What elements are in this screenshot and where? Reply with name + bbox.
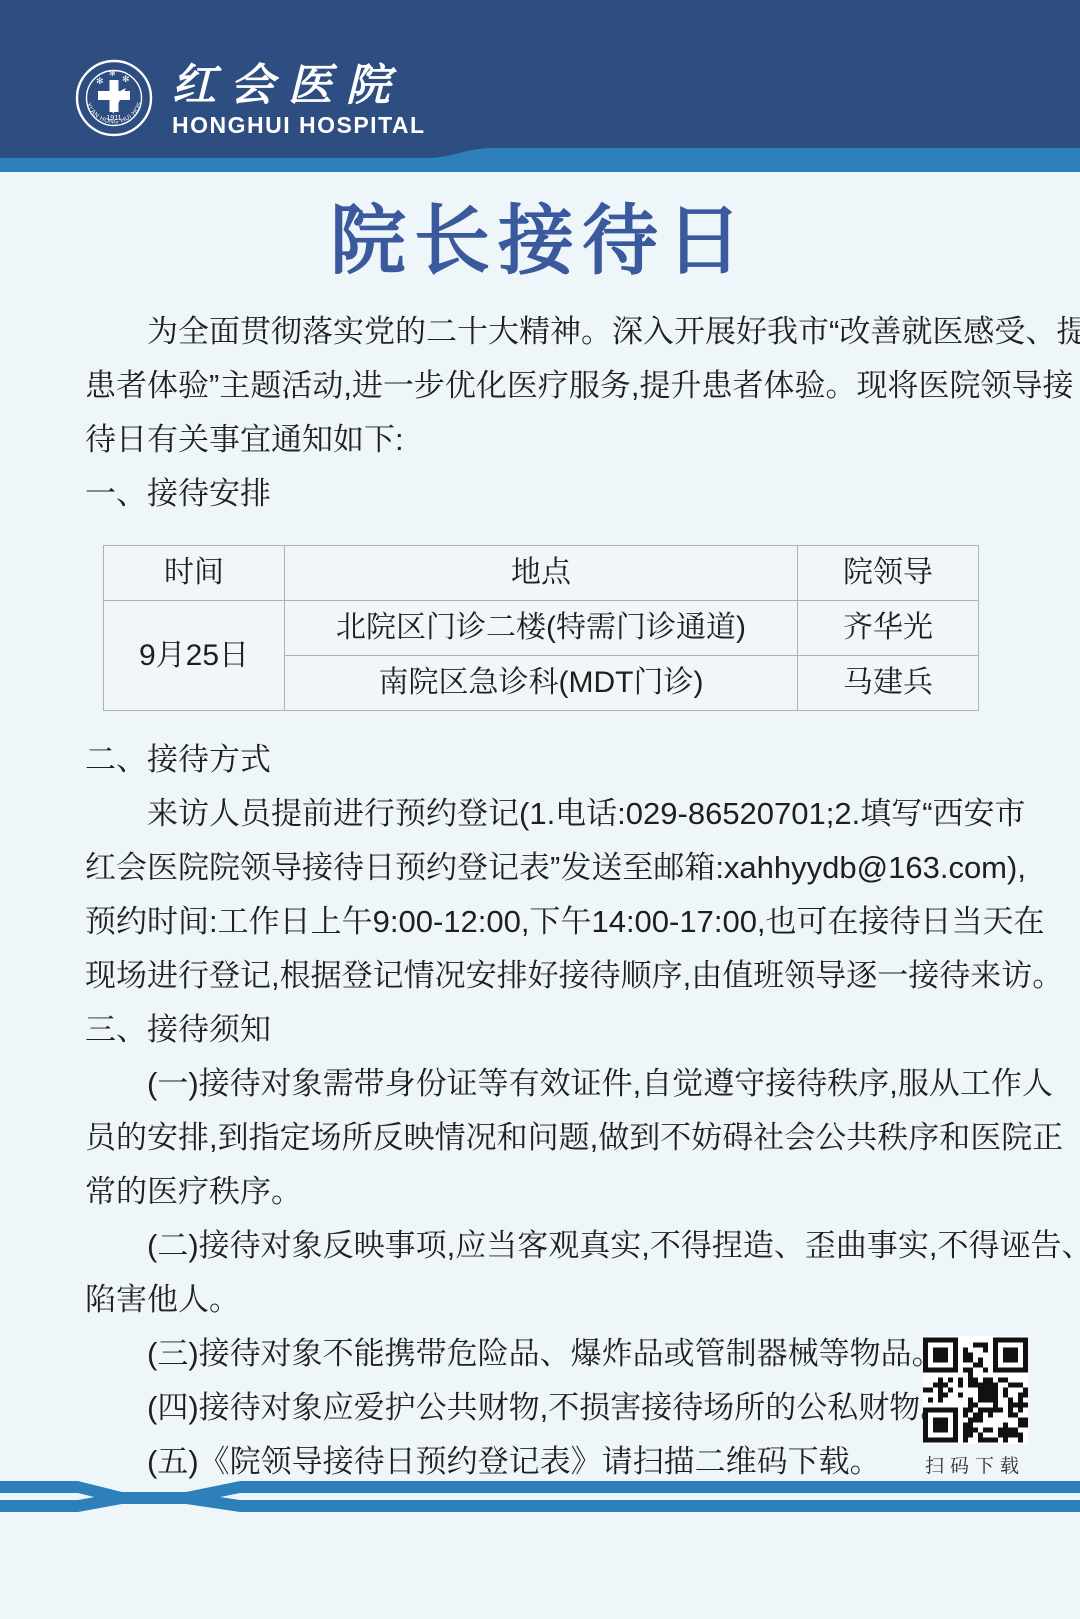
svg-text:✻: ✻ [122, 74, 130, 84]
intro-line: 待日有关事宜通知如下: [85, 413, 995, 467]
section3-item1-line: 员的安排,到指定场所反映情况和问题,做到不妨碍社会公共秩序和医院正 [85, 1111, 995, 1165]
hospital-name-en: HONGHUI HOSPITAL [172, 112, 426, 138]
notice-body: 为全面贯彻落实党的二十大精神。深入开展好我市“改善就医感受、提升 患者体验”主题… [85, 305, 995, 1489]
col-header-location: 地点 [285, 546, 798, 601]
section2-line: 来访人员提前进行预约登记(1.电话:029-86520701;2.填写“西安市 [85, 787, 995, 841]
cell-date: 9月25日 [104, 601, 285, 711]
reception-schedule-table: 时间 地点 院领导 9月25日 北院区门诊二楼(特需门诊通道) 齐华光 南院区急… [103, 545, 979, 711]
section3-heading: 三、接待须知 [85, 1003, 995, 1057]
col-header-time: 时间 [104, 546, 285, 601]
section3-item1-line: (一)接待对象需带身份证等有效证件,自觉遵守接待秩序,服从工作人 [85, 1057, 995, 1111]
page-title: 院长接待日 [0, 196, 1080, 288]
section3-item3: (三)接待对象不能携带危险品、爆炸品或管制器械等物品。 [85, 1327, 995, 1381]
hospital-name-cn: 红会医院 [172, 62, 426, 110]
section2-heading: 二、接待方式 [85, 733, 995, 787]
table-row: 9月25日 北院区门诊二楼(特需门诊通道) 齐华光 [104, 601, 979, 656]
cell-location: 北院区门诊二楼(特需门诊通道) [285, 601, 798, 656]
intro-line: 患者体验”主题活动,进一步优化医疗服务,提升患者体验。现将医院领导接 [85, 359, 995, 413]
hospital-logo: ✻ ✻ ✻ 1911 XI'AN HONG HUI HOSPITAL [74, 58, 154, 138]
intro-line: 为全面贯彻落实党的二十大精神。深入开展好我市“改善就医感受、提升 [85, 305, 995, 359]
cell-location: 南院区急诊科(MDT门诊) [285, 656, 798, 711]
section2-line: 红会医院院领导接待日预约登记表”发送至邮箱:xahhyydb@163.com), [85, 841, 995, 895]
section3-item2-line: (二)接待对象反映事项,应当客观真实,不得捏造、歪曲事实,不得诬告、 [85, 1219, 995, 1273]
table-header-row: 时间 地点 院领导 [104, 546, 979, 601]
section1-heading: 一、接待安排 [85, 467, 995, 521]
notice-poster: ✻ ✻ ✻ 1911 XI'AN HONG HUI HOSPITAL 红会医院 … [0, 0, 1080, 1619]
qr-code [923, 1336, 1028, 1444]
col-header-leader: 院领导 [798, 546, 979, 601]
ribbon-divider [0, 1470, 1080, 1515]
section3-item4: (四)接待对象应爱护公共财物,不损害接待场所的公私财物。 [85, 1381, 995, 1435]
header-banner: ✻ ✻ ✻ 1911 XI'AN HONG HUI HOSPITAL 红会医院 … [0, 0, 1080, 172]
svg-text:✻: ✻ [109, 69, 116, 78]
cell-leader: 马建兵 [798, 656, 979, 711]
qr-download-block: 扫码下载 [910, 1336, 1040, 1478]
svg-text:✻: ✻ [96, 76, 104, 86]
header-wave-stripe [0, 148, 1080, 172]
cell-leader: 齐华光 [798, 601, 979, 656]
section3-item2-line: 陷害他人。 [85, 1273, 995, 1327]
hospital-brand: 红会医院 HONGHUI HOSPITAL [172, 62, 426, 138]
section2-line: 预约时间:工作日上午9:00-12:00,下午14:00-17:00,也可在接待… [85, 895, 995, 949]
section3-item1-line: 常的医疗秩序。 [85, 1165, 995, 1219]
section2-line: 现场进行登记,根据登记情况安排好接待顺序,由值班领导逐一接待来访。 [85, 949, 995, 1003]
